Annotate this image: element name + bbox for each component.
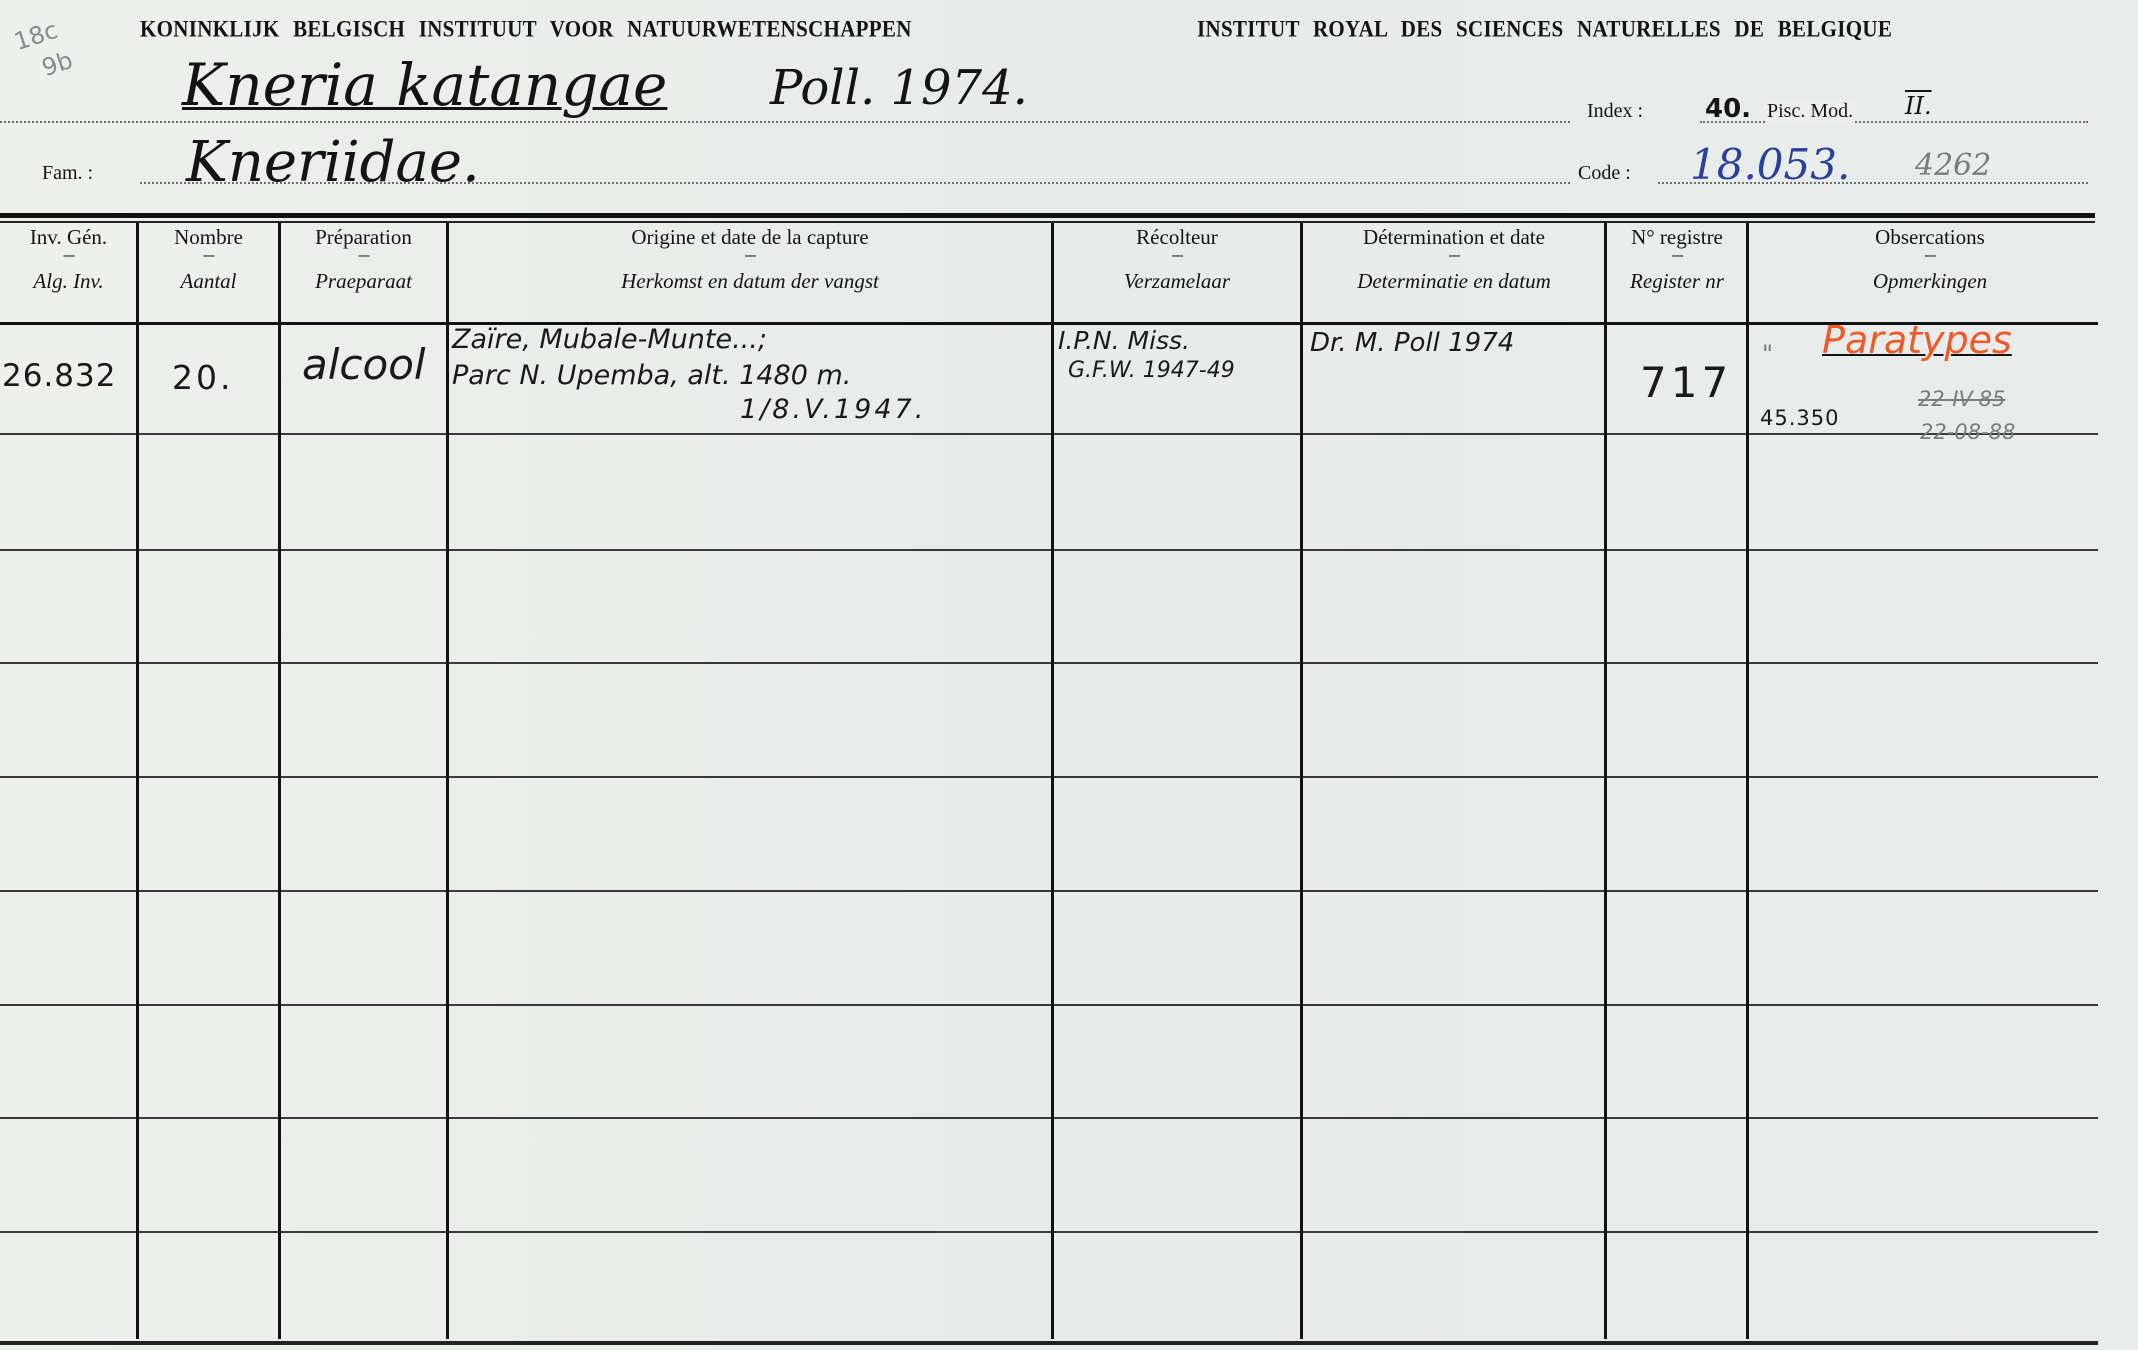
- cell-origine-line3: 1/8.V.1947.: [740, 394, 926, 425]
- cell-origine-line2: Parc N. Upemba, alt. 1480 m.: [452, 360, 851, 391]
- column-header-nombre: Nombre --- Aantal: [139, 226, 278, 322]
- bottom-edge-line: [0, 1341, 2098, 1345]
- cell-origine-line1: Zaïre, Mubale-Munte...;: [452, 324, 767, 355]
- cell-obs-number: 45.350: [1760, 406, 1839, 430]
- cell-nombre: 20.: [172, 358, 233, 397]
- row-line-8: [0, 1231, 2098, 1233]
- column-header-registre: N° registre --- Register nr: [1607, 226, 1747, 322]
- institute-name-fr: INSTITUT ROYAL DES SCIENCES NATURELLES D…: [1197, 16, 1892, 43]
- cell-preparation: alcool: [302, 340, 426, 389]
- index-value: 40.: [1705, 94, 1751, 124]
- species-name: Kneria katangae: [182, 52, 667, 118]
- species-dotted-line: [0, 121, 1570, 123]
- row-line-1: [0, 433, 2098, 435]
- pencil-mark-bottom: 9b: [38, 46, 76, 82]
- row-line-4: [0, 776, 2098, 778]
- species-author: Poll. 1974.: [770, 60, 1028, 116]
- row-line-3: [0, 662, 2098, 664]
- column-divider-7: [1746, 223, 1749, 1339]
- family-label: Fam. :: [42, 162, 93, 185]
- column-header-inv: Inv. Gén. --- Alg. Inv.: [0, 226, 137, 322]
- column-divider-1: [136, 223, 139, 1339]
- cell-determination: Dr. M. Poll 1974: [1310, 328, 1514, 358]
- pisc-mod-value: II.: [1905, 92, 1932, 120]
- column-divider-4: [1051, 223, 1054, 1339]
- family-name: Kneriidae.: [186, 130, 480, 195]
- cell-recolteur-line2: G.F.W. 1947-49: [1068, 358, 1235, 383]
- cell-obs-date-struck: 22-IV-85: [1918, 387, 2005, 411]
- cell-obs-date: 22-08-88: [1920, 420, 2015, 444]
- index-label: Index :: [1587, 100, 1643, 123]
- row-line-2: [0, 549, 2098, 551]
- row-line-6: [0, 1004, 2098, 1006]
- index-dotted-line: [1700, 121, 2088, 123]
- cell-registre: 717: [1640, 358, 1732, 407]
- header-rule-thick: [0, 213, 2095, 218]
- column-divider-2: [278, 223, 281, 1339]
- code-value: 18.053.: [1690, 140, 1850, 189]
- row-line-7: [0, 1117, 2098, 1119]
- cell-inv: 26.832: [2, 358, 116, 394]
- header-bottom-line: [0, 322, 2098, 325]
- species-text: Kneria katangae: [182, 51, 667, 119]
- column-divider-3: [446, 223, 449, 1339]
- column-header-observations: Obsercations --- Opmerkingen: [1749, 226, 2111, 322]
- cell-recolteur-line1: I.P.N. Miss.: [1058, 326, 1190, 355]
- column-divider-5: [1300, 223, 1303, 1339]
- column-header-preparation: Préparation --- Praeparaat: [280, 226, 447, 322]
- cell-obs-type: Paratypes: [1822, 318, 2012, 362]
- institute-name-nl: KONINKLIJK BELGISCH INSTITUUT VOOR NATUU…: [140, 16, 912, 43]
- catalog-card: 18c 9b KONINKLIJK BELGISCH INSTITUUT VOO…: [0, 0, 2138, 1350]
- column-header-recolteur: Récolteur --- Verzamelaar: [1053, 226, 1301, 322]
- column-header-origine: Origine et date de la capture --- Herkom…: [449, 226, 1051, 322]
- header-rule-thin: [0, 221, 2095, 223]
- cell-obs-mark: ": [1762, 340, 1773, 368]
- column-header-determination: Détermination et date --- Determinatie e…: [1303, 226, 1605, 322]
- code-suffix: 4262: [1915, 148, 1991, 183]
- code-label: Code :: [1578, 162, 1631, 185]
- column-divider-6: [1604, 223, 1607, 1339]
- pisc-mod-label: Pisc. Mod.: [1765, 100, 1855, 123]
- row-line-5: [0, 890, 2098, 892]
